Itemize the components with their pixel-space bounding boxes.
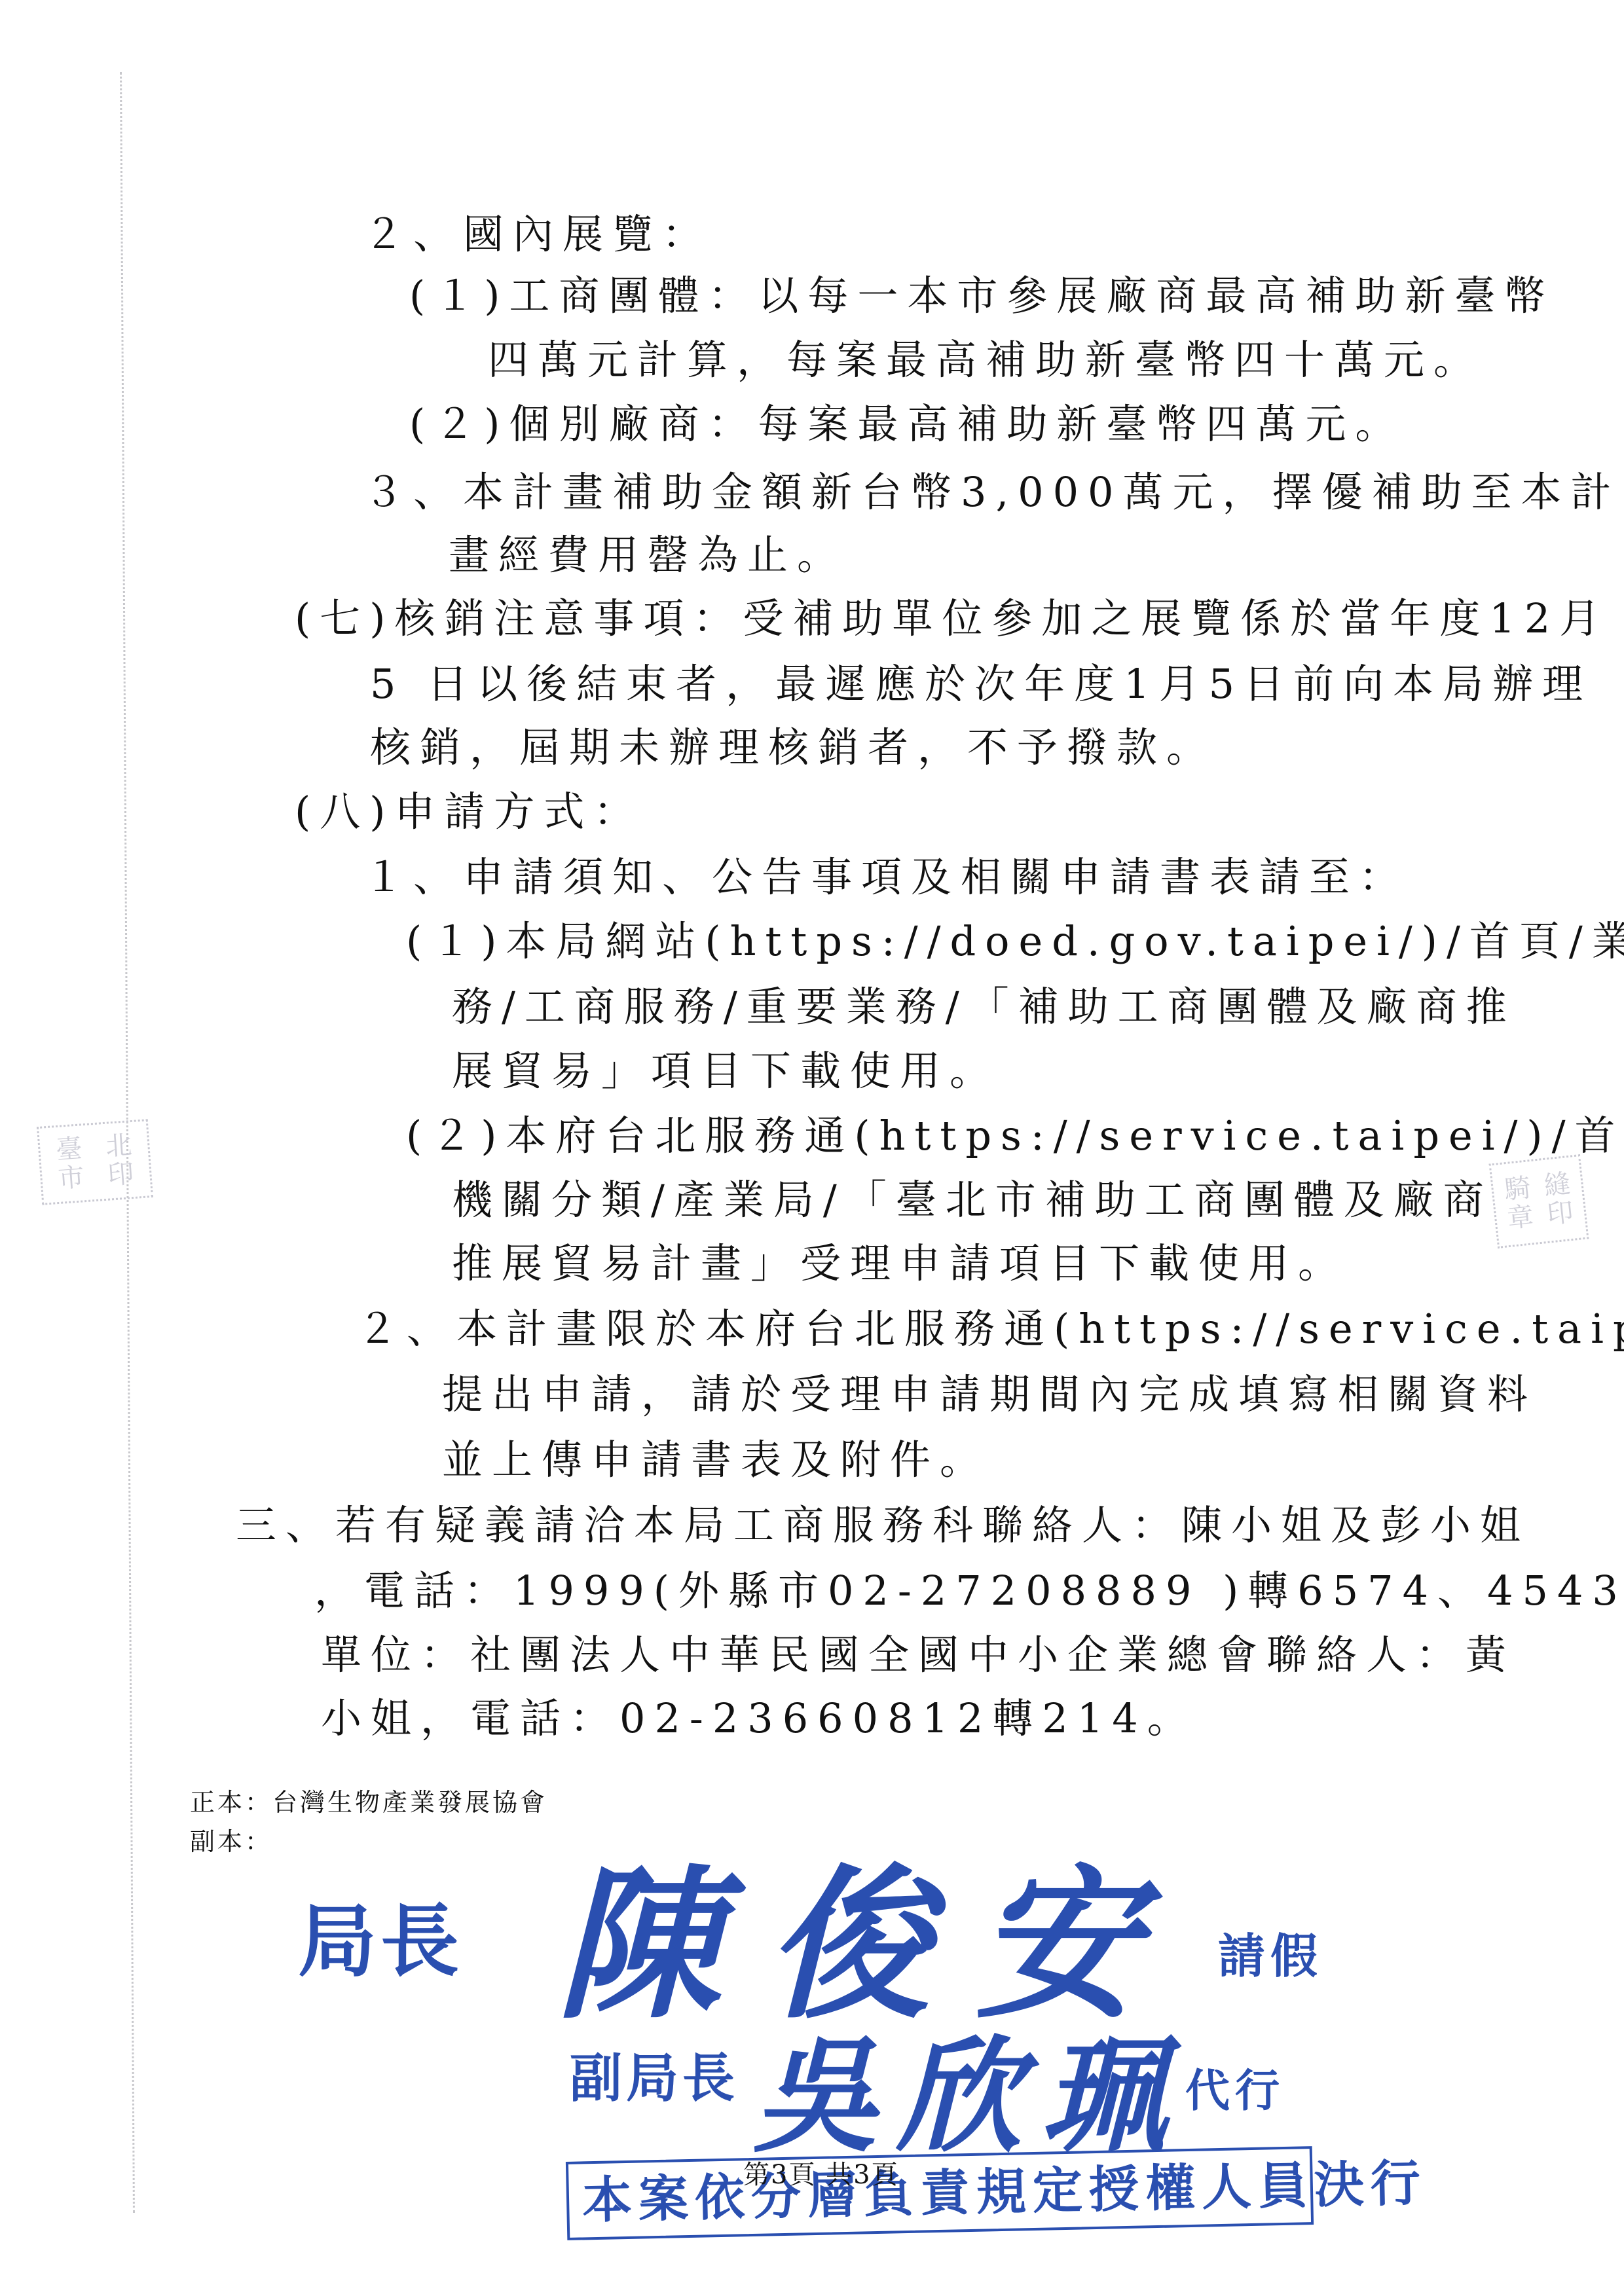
paragraph-line: ３、本計畫補助金額新台幣3,000萬元，擇優補助至本計: [363, 466, 1621, 519]
deputy-title-stamp: 副局長: [570, 2036, 739, 2111]
seal-char: 北: [93, 1130, 145, 1162]
paragraph-line: 四萬元計算，每案最高補助新臺幣四十萬元。: [488, 334, 1483, 386]
paragraph-line: 小姐，電話：02-23660812轉214。: [321, 1692, 1197, 1745]
paragraph-line: 推展貿易計畫」受理申請項目下載使用。: [452, 1237, 1348, 1290]
deputy-name-stamp: 吳欣珮: [753, 1997, 1185, 2176]
seam-seal-left: 臺 北 市 印: [37, 1119, 153, 1205]
paragraph-line-url: (２)本府台北服務通(https://service.taipei/)/首頁/依: [406, 1110, 1624, 1162]
on-leave-stamp: 請假: [1218, 1918, 1323, 1986]
seal-char: 市: [45, 1162, 97, 1194]
paragraph-line: 機關分類/產業局/「臺北市補助工商團體及廠商: [452, 1174, 1493, 1226]
paragraph-line: 提出申請，請於受理申請期間內完成填寫相關資料: [442, 1368, 1537, 1421]
paragraph-line: 核銷，屆期未辦理核銷者，不予撥款。: [370, 721, 1216, 774]
paragraph-line: (１)工商團體：以每一本市參展廠商最高補助新臺幣: [409, 270, 1554, 322]
director-title-stamp: 局長: [298, 1879, 463, 1992]
seal-char: 臺: [43, 1133, 95, 1165]
paragraph-line-url: ２、本計畫限於本府台北服務通(https://service.taipei/): [357, 1303, 1624, 1355]
paragraph-line-url: (１)本局網站(https://doed.gov.taipei/)/首頁/業務服: [406, 915, 1624, 968]
recipient-copy: 副本：: [190, 1825, 272, 1858]
delegation-authority-stamp: 本案依分層負責規定授權人員決行: [566, 2146, 1314, 2240]
seal-char: 騎: [1496, 1173, 1539, 1205]
paragraph-line: (２)個別廠商：每案最高補助新臺幣四萬元。: [409, 398, 1405, 450]
seal-char: 章: [1499, 1201, 1541, 1234]
page-number: 第3頁 共3頁: [743, 2154, 899, 2191]
section-heading-domestic-exhibition: ２、國內展覽：: [363, 208, 712, 261]
recipient-original: 正本：台灣生物產業發展協會: [190, 1786, 547, 1819]
paragraph-line: 畫經費用罄為止。: [449, 529, 847, 581]
acting-stamp: 代行: [1185, 2056, 1285, 2119]
paragraph-line: 並上傳申請書表及附件。: [442, 1434, 989, 1486]
paragraph-line: 單位：社團法人中華民國全國中小企業總會聯絡人：黃: [321, 1629, 1515, 1681]
section-heading-application: (八)申請方式：: [295, 786, 643, 838]
section-heading-settlement: (七)核銷注意事項：受補助單位參加之展覽係於當年度12月: [295, 592, 1609, 645]
seam-seal-right: 騎 縫 章 印: [1489, 1154, 1589, 1248]
paragraph-line: ，電話：1999(外縣市02-27208889 )轉6574、4543；執行: [314, 1565, 1624, 1617]
paragraph-line: 務/工商服務/重要業務/「補助工商團體及廠商推: [452, 981, 1516, 1033]
paragraph-line: １、申請須知、公告事項及相關申請書表請至：: [363, 851, 1409, 903]
seal-char: 縫: [1536, 1169, 1578, 1201]
section-heading-contact: 三、若有疑義請洽本局工商服務科聯絡人：陳小姐及彭小姐: [236, 1499, 1530, 1552]
paragraph-line: 展貿易」項目下載使用。: [452, 1045, 999, 1097]
seal-char: 印: [1539, 1197, 1581, 1230]
paragraph-line: 5 日以後結束者，最遲應於次年度1月5日前向本局辦理: [370, 658, 1592, 710]
seal-char: 印: [95, 1159, 147, 1191]
